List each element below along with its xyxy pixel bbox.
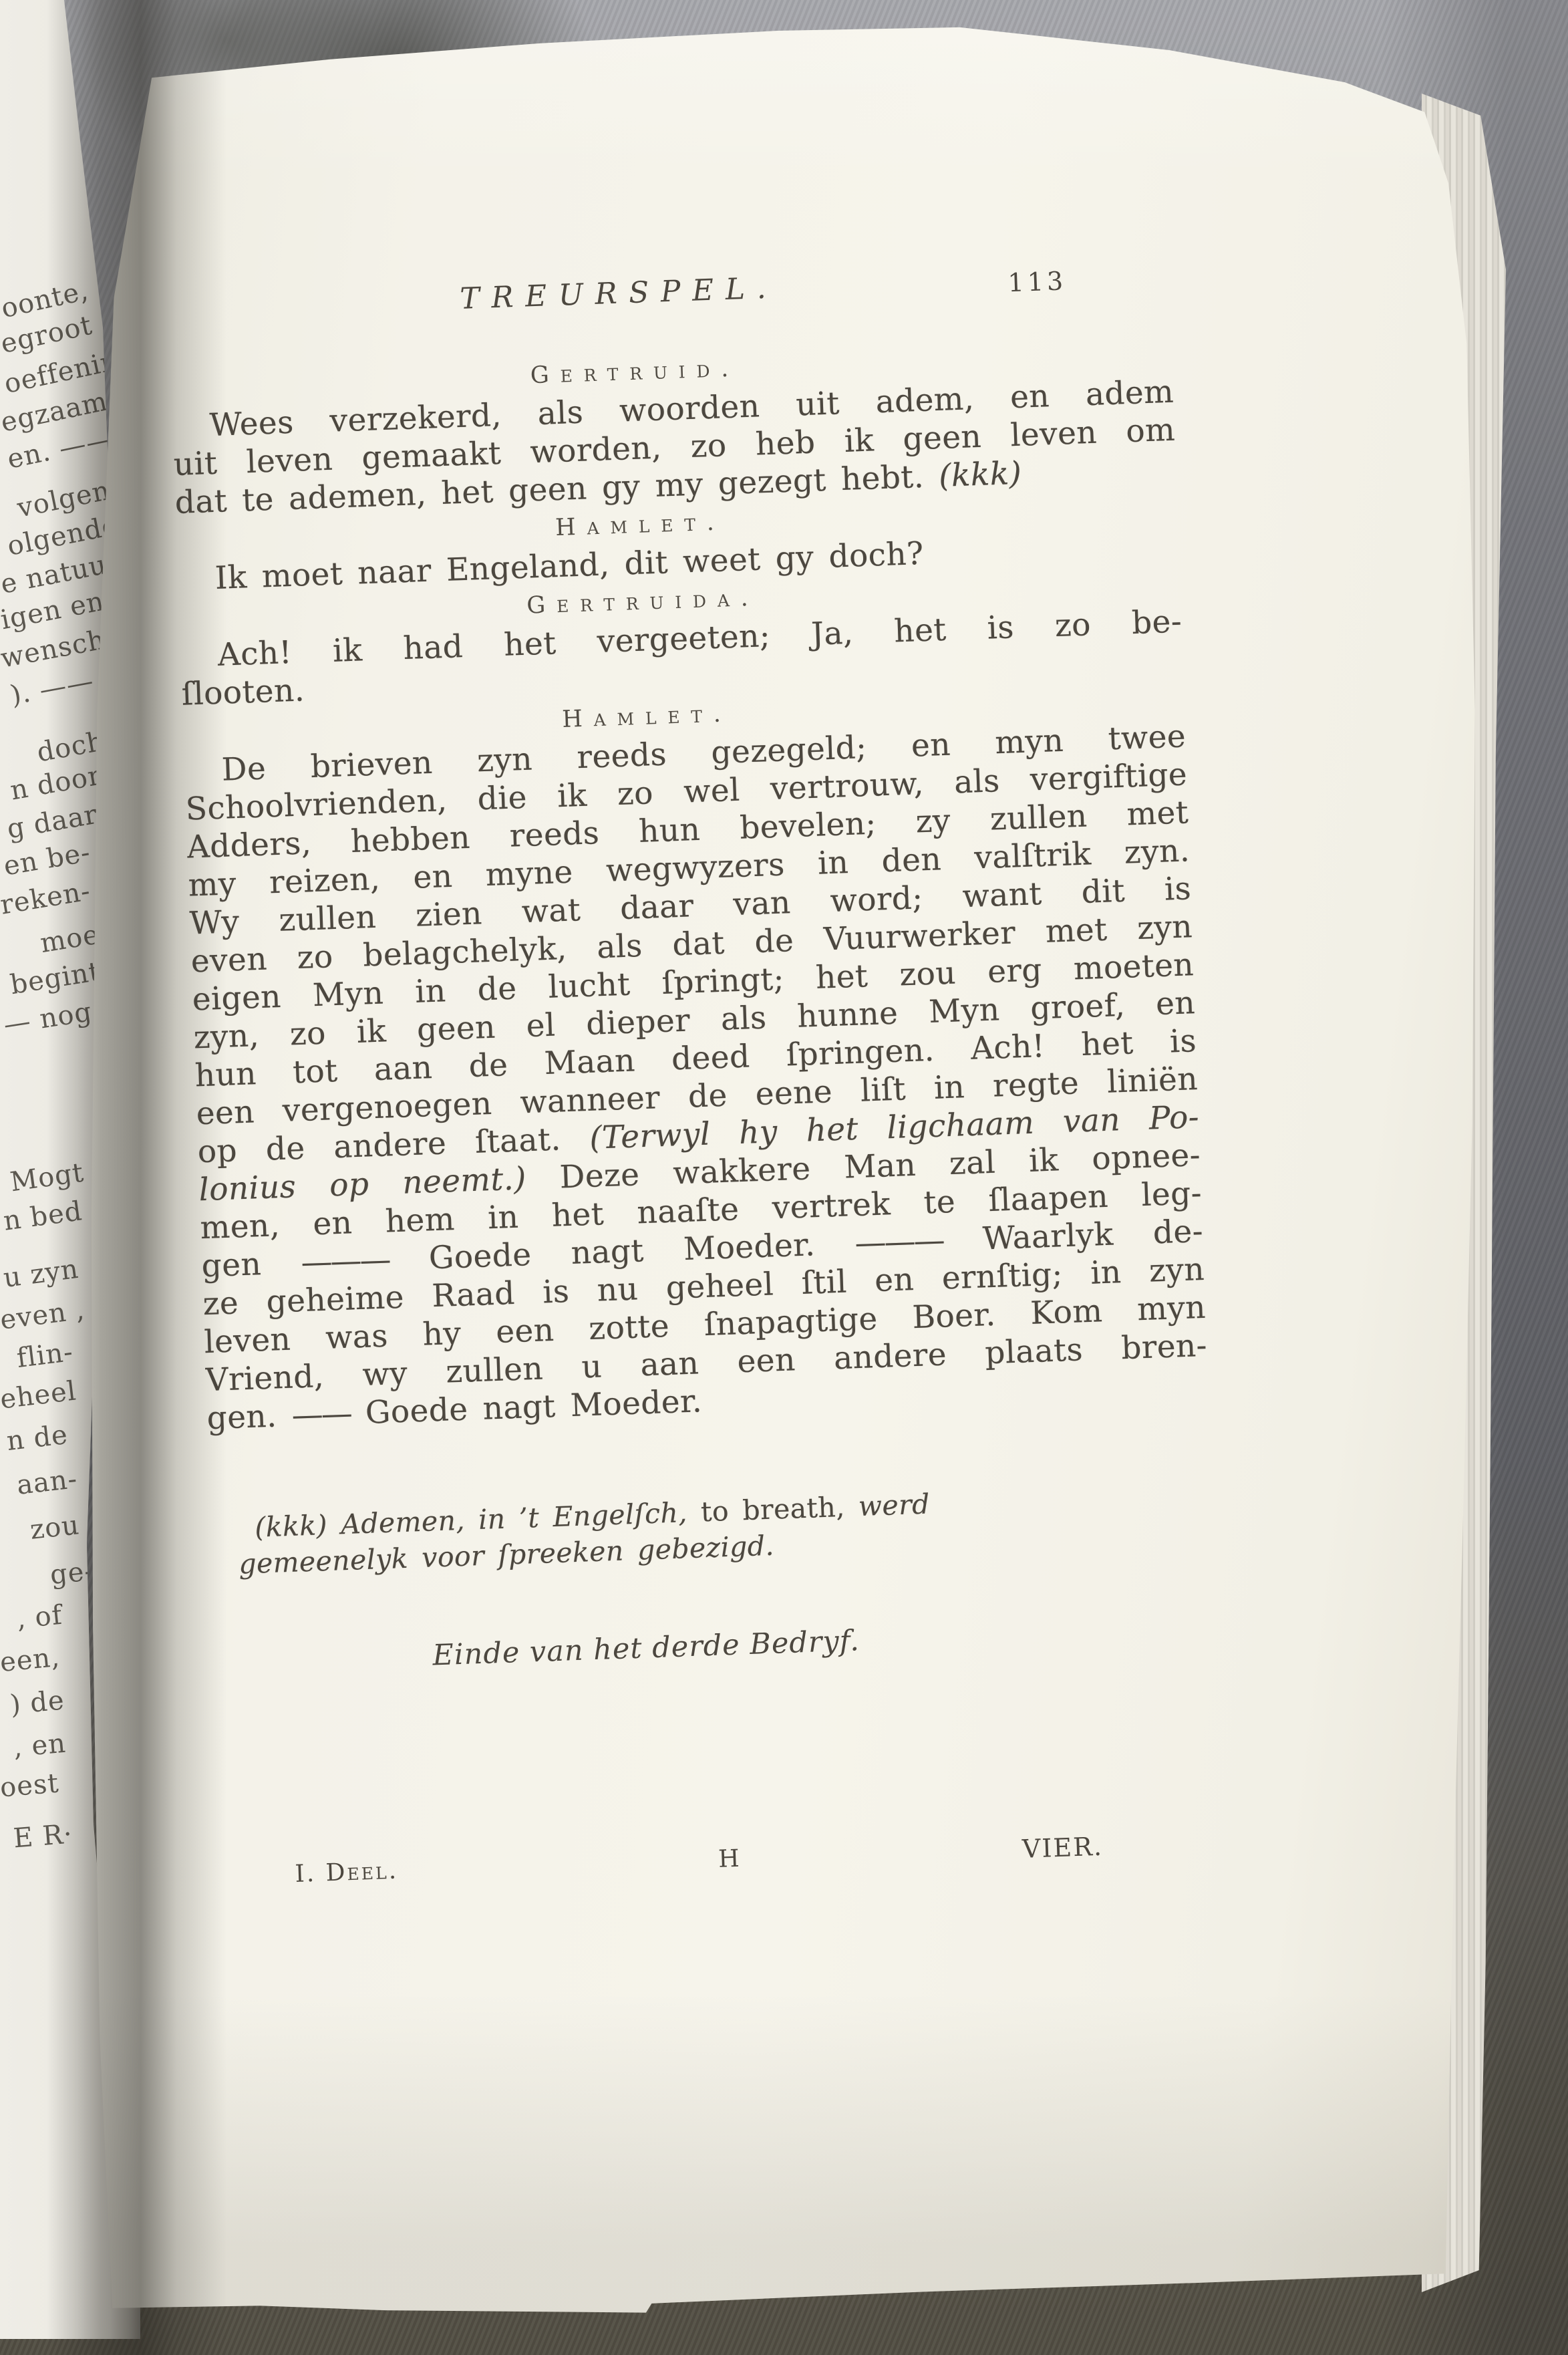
left-page-text-fragment: n bed — [2, 1198, 84, 1235]
left-page-text-fragment: even , — [0, 1296, 86, 1334]
left-page-text-fragment: u zyn — [2, 1256, 80, 1292]
gathering-letter: H — [718, 1839, 740, 1880]
left-page-text-fragment: Mogt — [9, 1159, 86, 1196]
text-segment: werd — [858, 1488, 930, 1522]
left-page-text-fragment: begint — [9, 958, 102, 999]
footnote: (kkk) Ademen, in ’t Engelſch, to breath,… — [210, 1476, 1215, 1583]
left-page-text-fragment: E R· — [13, 1821, 74, 1852]
left-page-text-fragment: zou — [29, 1512, 81, 1544]
left-page-text-fragment: ). —— — [8, 668, 96, 709]
text-segment: (kkk) — [938, 455, 1022, 495]
running-head: TREURSPEL. — [167, 253, 1070, 334]
dialogue: Gertruid.Wees verzekerd, als woorden uit… — [170, 334, 1209, 1437]
text-segment: gen. — [206, 1397, 293, 1437]
long-dash: ——— — [301, 1241, 390, 1281]
text-segment: to breath, — [700, 1490, 859, 1528]
act-ending-line: Einde van het derde Bedryf. — [215, 1615, 1078, 1682]
left-page-text-fragment: reken- — [0, 877, 92, 919]
photo-of-open-book: { "colors": { "paper": "#f4f2e9", "ink":… — [0, 0, 1568, 2355]
page-text-block: TREURSPEL. 113 Gertruid.Wees verzekerd, … — [167, 250, 1225, 1897]
left-page-text-fragment: oest — [0, 1770, 60, 1801]
page-number: 113 — [1007, 256, 1067, 307]
left-page-text-fragment: , of — [15, 1602, 63, 1633]
left-page-text-fragment: n de — [5, 1421, 69, 1455]
signature-row: I. Deel. H VIER. — [222, 1822, 1225, 1897]
book-page: TREURSPEL. 113 Gertruid.Wees verzekerd, … — [77, 23, 1478, 2315]
left-page-text-fragment: — nog — [2, 998, 94, 1038]
left-page-text-fragment: n door — [9, 762, 104, 804]
left-page-text-fragment: ) de — [9, 1687, 65, 1718]
left-page-text-fragment: , en — [12, 1730, 67, 1762]
running-head-row: TREURSPEL. 113 — [167, 250, 1170, 334]
long-dash: —— — [291, 1395, 351, 1434]
text-segment: gen — [201, 1244, 302, 1284]
left-page-text-fragment: flin- — [15, 1339, 75, 1372]
left-page-text-fragment: een, — [0, 1644, 61, 1676]
left-page-text-fragment: eheel — [0, 1377, 78, 1413]
volume-label: I. Deel. — [295, 1851, 400, 1895]
long-dash: ——— — [854, 1222, 944, 1262]
left-page-text-fragment: aan- — [15, 1466, 79, 1499]
left-page-text-fragment: en be- — [2, 839, 93, 879]
catchword: VIER. — [1022, 1826, 1104, 1869]
